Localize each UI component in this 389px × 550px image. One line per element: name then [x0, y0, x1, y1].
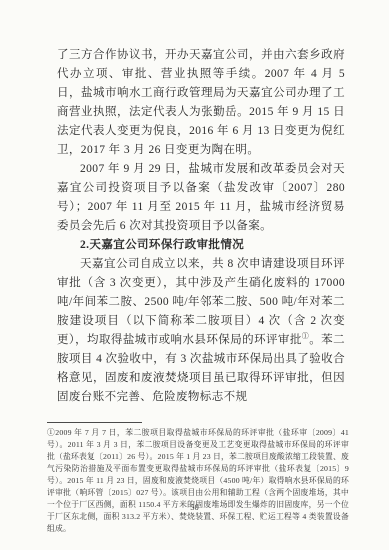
- paragraph-company-registration: 了三方合作协议书，开办天嘉宜公司，并由六套乡政府代办立项、审批、营业执照等手续。…: [57, 46, 345, 160]
- document-page: 了三方合作协议书，开办天嘉宜公司，并由六套乡政府代办立项、审批、营业执照等手续。…: [0, 0, 389, 550]
- paragraph-investment-filing: 2007 年 9 月 29 日，盐城市发展和改革委员会对天嘉宜公司投资项目予以备…: [57, 160, 345, 236]
- section-heading: 2.天嘉宜公司环保行政审批情况: [57, 236, 345, 255]
- footnote-separator-rule: [47, 422, 142, 423]
- paragraph-environmental-approval: 天嘉宜公司自成立以来，共 8 次申请建设项目环评审批（含 3 次变更），其中涉及…: [57, 255, 345, 407]
- footnote-area: ①2009 年 7 月 7 日，苯二胺项目取得盐城市环保局的环评审批（盐环审〔2…: [47, 422, 349, 535]
- page-number: 50: [0, 502, 389, 512]
- document-body: 了三方合作协议书，开办天嘉宜公司，并由六套乡政府代办立项、审批、营业执照等手续。…: [57, 46, 345, 407]
- footnote-text: ①2009 年 7 月 7 日，苯二胺项目取得盐城市环保局的环评审批（盐环审〔2…: [47, 427, 349, 535]
